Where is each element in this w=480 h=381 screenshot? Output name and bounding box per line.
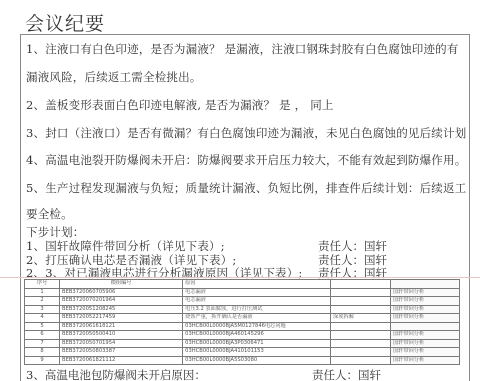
cell-index: 9 <box>25 356 60 365</box>
cell-index: 4 <box>25 314 60 323</box>
cell-reason: 电压3.2 表面腐蚀，进行打压测试 <box>183 305 331 314</box>
defect-table: 序号 模组编号 原因 1 BEB3720060705906 电芯漏液 国轩带回分… <box>24 279 460 365</box>
cell-reason: 03HCB00L0000BJA410101153 <box>183 348 331 357</box>
table-header-row: 序号 模组编号 原因 <box>25 280 460 289</box>
cell-module-sn: BEB3720051208245 <box>60 305 183 314</box>
cell-action: 国轩带回分析 <box>391 288 460 297</box>
table-row: 3 BEB3720051208245 电压3.2 表面腐蚀，进行打压测试 国轩带… <box>25 305 460 314</box>
cell-note <box>331 305 391 314</box>
table-row: 4 BEB3720052217459 烧蚀严重，拆开确认是否漏液 深度拆解 国轩… <box>25 314 460 323</box>
cell-module-sn: BEB3720070201964 <box>60 297 183 306</box>
cell-index: 8 <box>25 348 60 357</box>
cell-reason: 03HCB00L0000BJA460145296 <box>183 331 331 340</box>
cell-index: 3 <box>25 305 60 314</box>
item-5-line-2: 要全检。 <box>26 206 73 222</box>
cell-module-sn: BEB3720052217459 <box>60 314 183 323</box>
cell-module-sn: BEB3720050803387 <box>60 348 183 357</box>
cell-index: 2 <box>25 297 60 306</box>
cell-reason: 电芯漏液 <box>183 297 331 306</box>
cell-action: 国轩带回分析 <box>391 356 460 365</box>
cell-note <box>331 288 391 297</box>
cell-note <box>331 339 391 348</box>
item-1-line-2: 漏液风险，后续返工需全检挑出。 <box>26 69 202 85</box>
header-reason: 原因 <box>183 280 331 289</box>
plan-step-4-owner: 责任人：国轩 <box>312 367 381 381</box>
cell-action: 国轩带回分析 <box>391 331 460 340</box>
cell-note: 深度拆解 <box>331 314 391 323</box>
cell-action: 国轩带回分析 <box>391 297 460 306</box>
cell-module-sn: BEB3720050701954 <box>60 339 183 348</box>
cell-index: 5 <box>25 322 60 331</box>
cell-index: 7 <box>25 339 60 348</box>
cell-action: 国轩带回分析 <box>391 339 460 348</box>
plan-step-4: 3、高温电池包防爆阀未开启原因： <box>26 367 206 381</box>
cell-action: 国轩带回分析 <box>391 314 460 323</box>
cell-note <box>331 356 391 365</box>
cell-index: 6 <box>25 331 60 340</box>
page-title: 会议纪要 <box>25 9 105 36</box>
cell-module-sn: BEB3720061618121 <box>60 322 183 331</box>
cell-note <box>331 348 391 357</box>
scan-divider <box>0 277 480 278</box>
cell-module-sn: BEB3720061821112 <box>60 356 183 365</box>
item-4: 4、高温电池裂开防爆阀未开启：防爆阀要求开启压力较大，不能有效起到防爆作用。 <box>26 152 466 168</box>
table-row: 7 BEB3720050701954 03HCB00L0000BJA3P0306… <box>25 339 460 348</box>
item-3: 3、封口（注液口）是否有微漏？有白色腐蚀印迹为漏液，未见白色腐蚀的见后续计划 <box>26 125 466 141</box>
cell-note <box>331 297 391 306</box>
cell-reason: 03HCB00L0000BJA5M0127846电芯问题 <box>183 322 331 331</box>
cell-reason: 03HCB00L0000BJA5S03080 <box>183 356 331 365</box>
item-1-line-1: 1、注液口有白色印迹，是否为漏液？ 是漏液，注液口钢珠封胶有白色腐蚀印迹的有 <box>26 41 459 57</box>
item-5-line-1: 5、生产过程发现漏液与负短；质量统计漏液、负短比例，排查件后续计划：后续返工 <box>26 180 466 196</box>
cell-reason: 烧蚀严重，拆开确认是否漏液 <box>183 314 331 323</box>
table-row: 6 BEB3720050500410 03HCB00L0000BJA460145… <box>25 331 460 340</box>
header-note <box>331 280 391 289</box>
cell-note <box>331 322 391 331</box>
cell-module-sn: BEB3720050500410 <box>60 331 183 340</box>
table-row: 9 BEB3720061821112 03HCB00L0000BJA5S0308… <box>25 356 460 365</box>
cell-index: 1 <box>25 288 60 297</box>
cell-module-sn: BEB3720060705906 <box>60 288 183 297</box>
header-module-sn: 模组编号 <box>60 280 183 289</box>
cell-action: 国轩带回分析 <box>391 305 460 314</box>
table-row: 8 BEB3720050803387 03HCB00L0000BJA410101… <box>25 348 460 357</box>
cell-reason: 电芯漏液 <box>183 288 331 297</box>
table-row: 2 BEB3720070201964 电芯漏液 国轩带回分析 <box>25 297 460 306</box>
table-row: 1 BEB3720060705906 电芯漏液 国轩带回分析 <box>25 288 460 297</box>
cell-reason: 03HCB00L0000BJA3P0306471 <box>183 339 331 348</box>
item-2: 2、盖板变形表面白色印迹电解液, 是否为漏液？ 是 ， 同上 <box>26 97 334 113</box>
cell-action <box>391 322 460 331</box>
cell-action: 国轩带回分析 <box>391 348 460 357</box>
table-row: 5 BEB3720061618121 03HCB00L0000BJA5M0127… <box>25 322 460 331</box>
cell-note <box>331 331 391 340</box>
header-action <box>391 280 460 289</box>
header-index: 序号 <box>25 280 60 289</box>
